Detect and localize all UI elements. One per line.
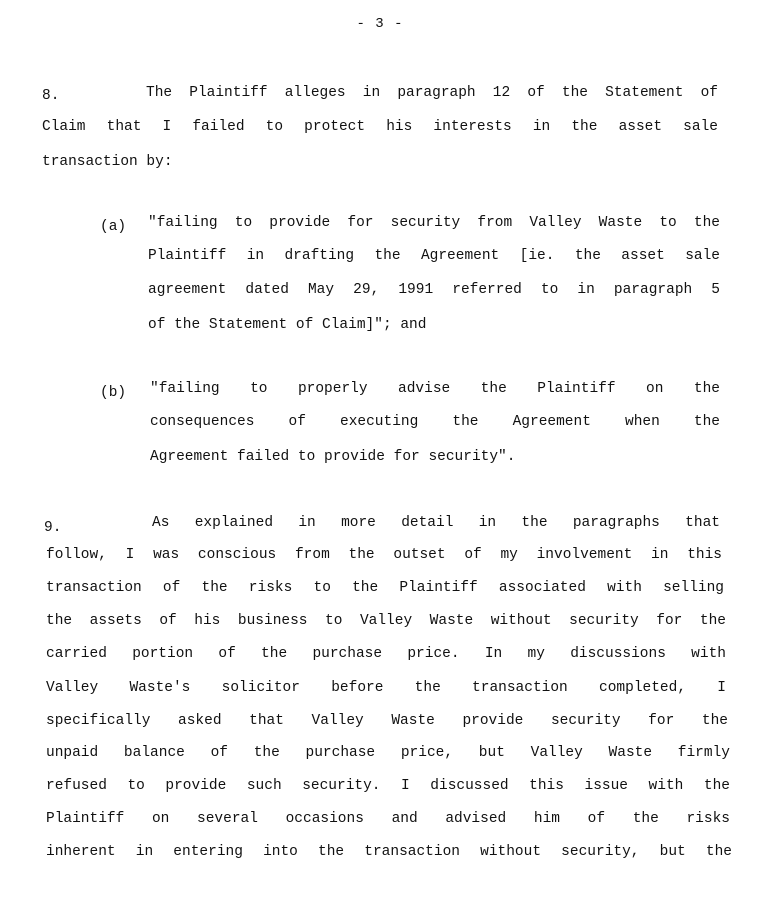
paragraph-line: specifically asked that Valley Waste pro… [46,712,728,730]
paragraph-line: Valley Waste's solicitor before the tran… [46,679,726,697]
item-line: consequences of executing the Agreement … [150,413,720,431]
item-line: agreement dated May 29, 1991 referred to… [148,281,720,299]
paragraph-line: Claim that I failed to protect his inter… [42,118,718,136]
paragraph-line: transaction by: [42,153,173,171]
paragraph-line: carried portion of the purchase price. I… [46,645,726,663]
paragraph-line: follow, I was conscious from the outset … [46,546,722,564]
paragraph-line: the assets of his business to Valley Was… [46,612,726,630]
paragraph-line: The Plaintiff alleges in paragraph 12 of… [146,84,718,102]
item-line: Agreement failed to provide for security… [150,448,515,466]
paragraph-line: unpaid balance of the purchase price, bu… [46,744,730,762]
item-line: of the Statement of Claim]"; and [148,316,426,334]
paragraph-number: 9. [44,520,61,536]
item-line: "failing to properly advise the Plaintif… [150,380,720,398]
item-label: (a) [100,219,126,235]
item-label: (b) [100,385,126,401]
paragraph-line: As explained in more detail in the parag… [152,514,720,532]
page-number: - 3 - [0,16,760,32]
item-line: Plaintiff in drafting the Agreement [ie.… [148,247,720,265]
paragraph-line: Plaintiff on several occasions and advis… [46,810,730,828]
paragraph-line: transaction of the risks to the Plaintif… [46,579,724,597]
paragraph-line: refused to provide such security. I disc… [46,777,730,795]
item-line: "failing to provide for security from Va… [148,214,720,232]
paragraph-number: 8. [42,88,59,104]
paragraph-line: inherent in entering into the transactio… [46,843,732,861]
